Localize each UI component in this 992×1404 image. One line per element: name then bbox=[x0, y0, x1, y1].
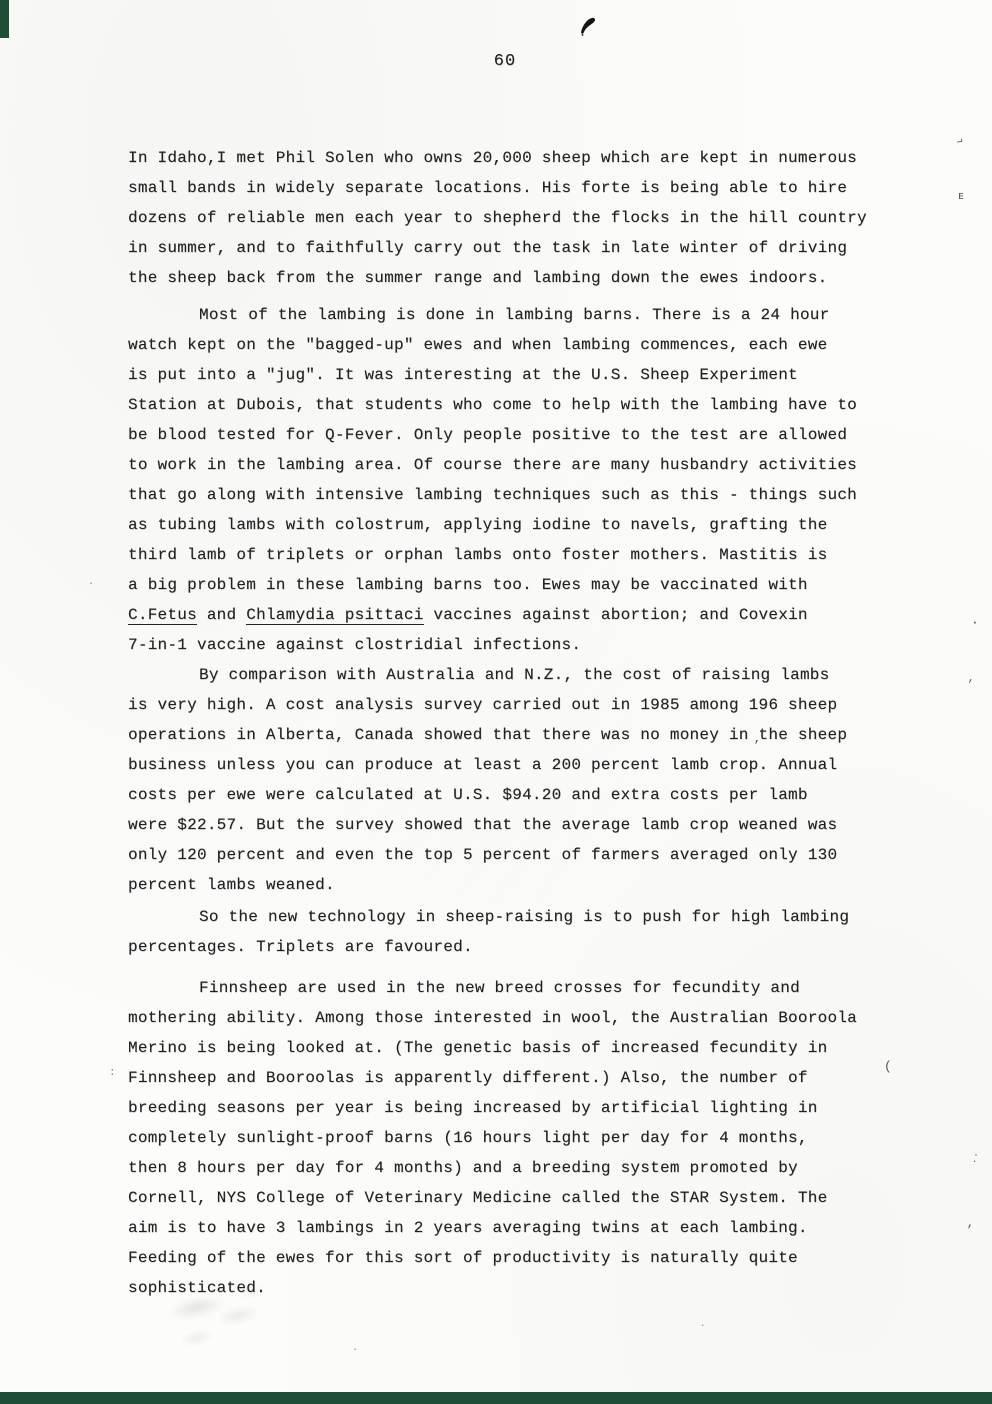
text-line: third lamb of triplets or orphan lambs o… bbox=[128, 540, 918, 570]
text-line: in summer, and to faithfully carry out t… bbox=[128, 233, 918, 263]
text-line: to work in the lambing area. Of course t… bbox=[128, 450, 918, 480]
text-line: Station at Dubois, that students who com… bbox=[128, 390, 918, 420]
stray-mark: ᴇ bbox=[958, 192, 965, 203]
text-line: the sheep back from the summer range and… bbox=[128, 263, 918, 293]
paragraph: By comparison with Australia and N.Z., t… bbox=[128, 660, 918, 900]
text-segment: vaccines against abortion; and Covexin bbox=[424, 606, 808, 624]
stray-mark: ‚ bbox=[966, 1216, 974, 1229]
text-line: By comparison with Australia and N.Z., t… bbox=[128, 660, 918, 690]
text-line: is very high. A cost analysis survey car… bbox=[128, 690, 918, 720]
paragraph: So the new technology in sheep-raising i… bbox=[128, 902, 918, 962]
text-line: aim is to have 3 lambings in 2 years ave… bbox=[128, 1213, 918, 1243]
text-line: costs per ewe were calculated at U.S. $9… bbox=[128, 780, 918, 810]
stray-mark: · bbox=[352, 1346, 358, 1356]
stray-mark: · bbox=[700, 1322, 705, 1331]
text-segment: and bbox=[197, 606, 246, 624]
text-line: In Idaho,I met Phil Solen who owns 20,00… bbox=[128, 143, 918, 173]
text-line: Merino is being looked at. (The genetic … bbox=[128, 1033, 918, 1063]
stray-mark: : bbox=[109, 1068, 116, 1079]
text-line: 7-in-1 vaccine against clostridial infec… bbox=[128, 630, 918, 660]
text-line: breeding seasons per year is being incre… bbox=[128, 1093, 918, 1123]
text-line: Most of the lambing is done in lambing b… bbox=[128, 300, 918, 330]
underlined-text: C.Fetus bbox=[128, 606, 197, 625]
stray-mark: ’ bbox=[753, 740, 760, 752]
text-line: mothering ability. Among those intereste… bbox=[128, 1003, 918, 1033]
text-line: small bands in widely separate locations… bbox=[128, 173, 918, 203]
text-line: Finnsheep are used in the new breed cros… bbox=[128, 973, 918, 1003]
text-line: percent lambs weaned. bbox=[128, 870, 918, 900]
text-line: So the new technology in sheep-raising i… bbox=[128, 902, 918, 932]
text-line: as tubing lambs with colostrum, applying… bbox=[128, 510, 918, 540]
page-text: In Idaho,I met Phil Solen who owns 20,00… bbox=[0, 0, 992, 1404]
stray-mark: · bbox=[971, 616, 979, 629]
text-line: business unless you can produce at least… bbox=[128, 750, 918, 780]
text-line: watch kept on the "bagged-up" ewes and w… bbox=[128, 330, 918, 360]
stray-mark: ( bbox=[884, 1060, 892, 1073]
text-line: Feeding of the ewes for this sort of pro… bbox=[128, 1243, 918, 1273]
text-line: C.Fetus and Chlamydia psittaci vaccines … bbox=[128, 600, 918, 630]
scanner-edge-bottom bbox=[0, 1392, 992, 1404]
text-line: be blood tested for Q-Fever. Only people… bbox=[128, 420, 918, 450]
text-line: were $22.57. But the survey showed that … bbox=[128, 810, 918, 840]
text-line: is put into a "jug". It was interesting … bbox=[128, 360, 918, 390]
paragraph: In Idaho,I met Phil Solen who owns 20,00… bbox=[128, 143, 918, 293]
underlined-text: Chlamydia psittaci bbox=[246, 606, 423, 625]
scanned-page: 60 In Idaho,I met Phil Solen who owns 20… bbox=[0, 0, 992, 1404]
text-line: Cornell, NYS College of Veterinary Medic… bbox=[128, 1183, 918, 1213]
stray-mark: · bbox=[88, 580, 94, 590]
text-line: operations in Alberta, Canada showed tha… bbox=[128, 720, 918, 750]
text-line: only 120 percent and even the top 5 perc… bbox=[128, 840, 918, 870]
text-line: completely sunlight-proof barns (16 hour… bbox=[128, 1123, 918, 1153]
text-line: dozens of reliable men each year to shep… bbox=[128, 203, 918, 233]
text-line: percentages. Triplets are favoured. bbox=[128, 932, 918, 962]
text-line: Finnsheep and Booroolas is apparently di… bbox=[128, 1063, 918, 1093]
text-line: a big problem in these lambing barns too… bbox=[128, 570, 918, 600]
text-line: then 8 hours per day for 4 months) and a… bbox=[128, 1153, 918, 1183]
paragraph: Most of the lambing is done in lambing b… bbox=[128, 300, 918, 660]
text-line: that go along with intensive lambing tec… bbox=[128, 480, 918, 510]
stray-mark: ‚ bbox=[967, 672, 974, 684]
paragraph: Finnsheep are used in the new breed cros… bbox=[128, 973, 918, 1303]
